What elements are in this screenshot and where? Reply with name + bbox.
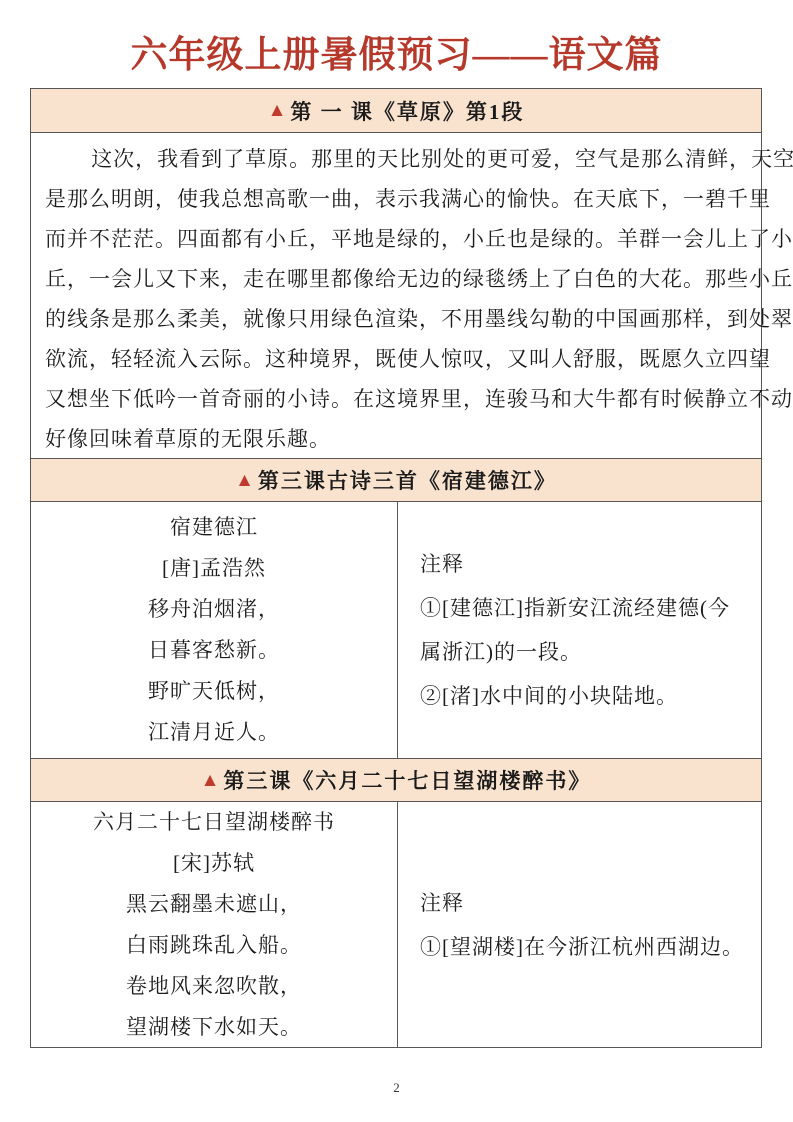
poem-verse: 江清月近人。	[31, 712, 397, 753]
notes-column-wanghulou: 注释 ①[望湖楼]在今浙江杭州西湖边。	[398, 802, 761, 1047]
poem-verse: 黑云翻墨未遮山，	[31, 884, 397, 925]
poem-verse: 望湖楼下水如天。	[31, 1007, 397, 1048]
lesson-table: ▲ 第 一 课《草原》第1段 这次，我看到了草原。那里的天比别处的更可爱，空气是…	[30, 88, 762, 1048]
poem-verse: 野旷天低树，	[31, 671, 397, 712]
poem-author: [宋]苏轼	[31, 843, 397, 884]
section-header-label: 第三课《六月二十七日望湖楼醉书》	[223, 765, 591, 795]
poem-verse: 卷地风来忽吹散，	[31, 966, 397, 1007]
lesson1-paragraph: 这次，我看到了草原。那里的天比别处的更可爱，空气是那么清鲜，天空 是那么明朗，使…	[31, 132, 761, 458]
paragraph-line: 而并不茫茫。四面都有小丘，平地是绿的，小丘也是绿的。羊群一会儿上了小	[45, 219, 747, 259]
paragraph-line: 欲流，轻轻流入云际。这种境界，既使人惊叹，又叫人舒服，既愿久立四望	[45, 339, 747, 379]
paragraph-line: 是那么明朗，使我总想高歌一曲，表示我满心的愉快。在天底下，一碧千里	[45, 179, 747, 219]
notes-title: 注释	[420, 542, 747, 586]
paragraph-line: 好像回味着草原的无限乐趣。	[45, 419, 747, 459]
poem-column-sujiandejiang: 宿建德江 [唐]孟浩然 移舟泊烟渚， 日暮客愁新。 野旷天低树， 江清月近人。	[31, 502, 398, 758]
section-header-lesson1: ▲ 第 一 课《草原》第1段	[31, 89, 761, 132]
paragraph-line: 这次，我看到了草原。那里的天比别处的更可爱，空气是那么清鲜，天空	[45, 139, 747, 179]
section-header-label: 第 一 课《草原》第1段	[290, 96, 524, 126]
poem-verse: 日暮客愁新。	[31, 630, 397, 671]
page-number: 2	[0, 1080, 793, 1096]
note-item: ①[望湖楼]在今浙江杭州西湖边。	[420, 925, 747, 969]
section-header-label: 第三课古诗三首《宿建德江》	[258, 465, 557, 495]
poem-author: [唐]孟浩然	[31, 548, 397, 589]
section-header-lesson3-sujiandejiang: ▲ 第三课古诗三首《宿建德江》	[31, 458, 761, 501]
poem-title: 六月二十七日望湖楼醉书	[31, 802, 397, 843]
section-header-lesson3-wanghulou: ▲ 第三课《六月二十七日望湖楼醉书》	[31, 758, 761, 801]
paragraph-line: 的线条是那么柔美，就像只用绿色渲染，不用墨线勾勒的中国画那样，到处翠色	[45, 299, 747, 339]
triangle-bullet-icon: ▲	[268, 101, 289, 120]
paragraph-line: 丘，一会儿又下来，走在哪里都像给无边的绿毯绣上了白色的大花。那些小丘	[45, 259, 747, 299]
triangle-bullet-icon: ▲	[235, 471, 256, 490]
poem-verse: 移舟泊烟渚，	[31, 589, 397, 630]
notes-column-sujiandejiang: 注释 ①[建德江]指新安江流经建德(今属浙江)的一段。 ②[渚]水中间的小块陆地…	[398, 502, 761, 758]
document-page: 六年级上册暑假预习——语文篇 ▲ 第 一 课《草原》第1段 这次，我看到了草原。…	[0, 0, 793, 1122]
paragraph-line: 又想坐下低吟一首奇丽的小诗。在这境界里，连骏马和大牛都有时候静立不动，	[45, 379, 747, 419]
triangle-bullet-icon: ▲	[201, 771, 222, 790]
poem-verse: 白雨跳珠乱入船。	[31, 925, 397, 966]
note-item: ②[渚]水中间的小块陆地。	[420, 674, 747, 718]
note-item: ①[建德江]指新安江流经建德(今属浙江)的一段。	[420, 586, 747, 674]
poem-title: 宿建德江	[31, 507, 397, 548]
notes-title: 注释	[420, 881, 747, 925]
lesson3-sujiandejiang-row: 宿建德江 [唐]孟浩然 移舟泊烟渚， 日暮客愁新。 野旷天低树， 江清月近人。 …	[31, 501, 761, 758]
lesson3-wanghulou-row: 六月二十七日望湖楼醉书 [宋]苏轼 黑云翻墨未遮山， 白雨跳珠乱入船。 卷地风来…	[31, 801, 761, 1047]
poem-column-wanghulou: 六月二十七日望湖楼醉书 [宋]苏轼 黑云翻墨未遮山， 白雨跳珠乱入船。 卷地风来…	[31, 802, 398, 1047]
page-title: 六年级上册暑假预习——语文篇	[0, 0, 793, 86]
